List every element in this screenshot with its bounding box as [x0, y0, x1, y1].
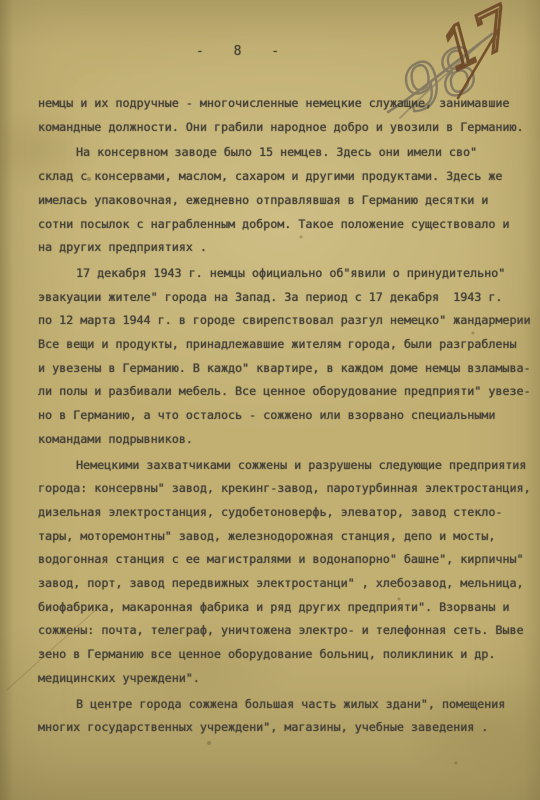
paragraph: Немецкими захватчиками сожжены и разруше… — [38, 454, 538, 691]
text-line: Немецкими захватчиками сожжены и разруше… — [38, 454, 538, 478]
text-line: многих государственных учреждени", магаз… — [38, 716, 538, 740]
paragraph: немцы и их подручные - многочисленные не… — [38, 92, 538, 139]
text-line: но в Германию, а что осталось - сожжено … — [38, 404, 538, 428]
paragraph: В центре города сожжена большая часть жи… — [38, 693, 538, 740]
text-line: биофабрика, макаронная фабрика и ряд дру… — [38, 596, 538, 620]
text-line: имелась упаковочная, ежедневно отправляв… — [38, 189, 538, 213]
text-line: медицинских учреждени". — [38, 667, 538, 691]
paper-specks — [0, 0, 2, 2]
document-page: - 8 - 98 17 немцы и их подручные - много… — [0, 0, 540, 800]
text-line: На консервном заводе было 15 немцев. Зде… — [38, 141, 538, 165]
text-line: зено в Германию все ценное оборудование … — [38, 643, 538, 667]
paragraph: На консервном заводе было 15 немцев. Зде… — [38, 141, 538, 260]
text-line: склад с консервами, маслом, сахаром и др… — [38, 165, 538, 189]
text-line: немцы и их подручные - многочисленные не… — [38, 92, 538, 116]
text-line: тары, моторемонтны" завод, железнодорожн… — [38, 525, 538, 549]
text-line: командами подрывников. — [38, 428, 538, 452]
text-line: дизельная электростанция, судобетоноверф… — [38, 501, 538, 525]
paragraph: 17 декабря 1943 г. немцы официально об"я… — [38, 262, 538, 452]
text-line: сожжены: почта, телеграф, уничтожена эле… — [38, 619, 538, 643]
text-line: ли полы и разбивали мебель. Все ценное о… — [38, 380, 538, 404]
text-line: завод, порт, завод передвижных электрост… — [38, 572, 538, 596]
text-line: командные должности. Они грабили народно… — [38, 116, 538, 140]
page-number: - 8 - — [196, 44, 290, 59]
text-line: сотни посылок с награбленным добром. Так… — [38, 213, 538, 237]
text-line: 17 декабря 1943 г. немцы официально об"я… — [38, 262, 538, 286]
text-line: эвакуации жителе" города на Запад. За пе… — [38, 286, 538, 310]
text-line: водогонная станция с ее магистралями и в… — [38, 548, 538, 572]
text-line: на других предприятиях . — [38, 236, 538, 260]
text-line: города: консервны" завод, крекинг-завод,… — [38, 477, 538, 501]
typewritten-text: немцы и их подручные - многочисленные не… — [38, 92, 538, 740]
text-line: Все вещи и продукты, принадлежавшие жите… — [38, 333, 538, 357]
text-line: по 12 марта 1944 г. в городе свирепствов… — [38, 309, 538, 333]
text-line: и увезены в Германию. В каждо" квартире,… — [38, 357, 538, 381]
text-line: В центре города сожжена большая часть жи… — [38, 693, 538, 717]
